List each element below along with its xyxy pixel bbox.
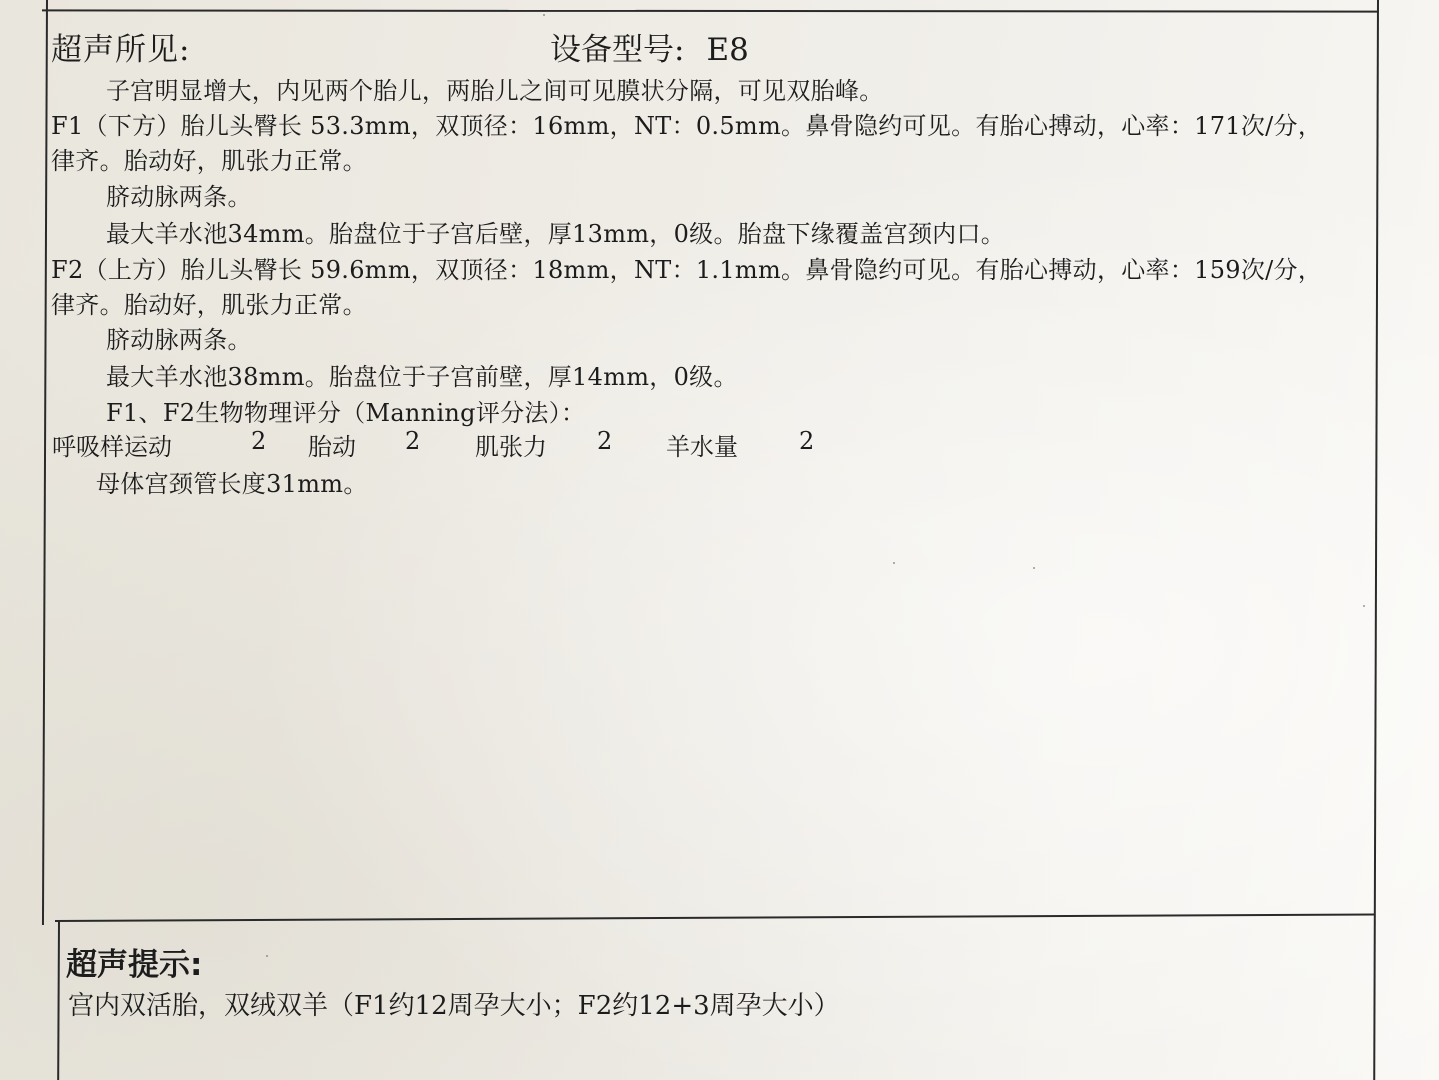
device-label: 设备型号:: [550, 32, 684, 68]
f1-umbilical: 脐动脉两条。: [106, 177, 252, 212]
paper-speck: [1033, 567, 1035, 569]
f1-amniotic-placenta: 最大羊水池34mm。胎盘位于子宫后壁，厚13mm，0级。胎盘下缘覆盖宫颈内口。: [106, 214, 1005, 249]
form-right-border: [1373, 0, 1379, 1080]
conclusion-text: 宫内双活胎，双绒双羊（F1约12周孕大小；F2约12+3周孕大小）: [68, 985, 840, 1022]
form-left-border-lower: [57, 921, 60, 1080]
device-value: E8: [706, 32, 748, 68]
form-left-border-upper: [42, 0, 48, 925]
bpp-tone-value: 2: [597, 427, 612, 455]
f2-activity: 律齐。胎动好，肌张力正常。: [51, 285, 367, 320]
cervix-length: 母体宫颈管长度31mm。: [96, 464, 368, 499]
bpp-movement-label: 胎动: [308, 427, 356, 462]
f2-amniotic-placenta: 最大羊水池38mm。胎盘位于子宫前壁，厚14mm，0级。: [106, 357, 738, 392]
paper-speck: [1363, 605, 1365, 607]
section-divider: [55, 914, 1375, 922]
bpp-fluid-label: 羊水量: [666, 427, 738, 462]
bpp-title: F1、F2生物物理评分（Manning评分法）：: [106, 393, 585, 428]
device-model: 设备型号:E8: [550, 24, 749, 69]
bpp-fluid-value: 2: [799, 427, 814, 455]
bpp-movement-value: 2: [405, 427, 420, 455]
findings-title: 超声所见:: [51, 24, 190, 69]
f1-activity: 律齐。胎动好，肌张力正常。: [51, 141, 367, 176]
bpp-tone-label: 肌张力: [475, 427, 547, 462]
conclusion-title: 超声提示:: [66, 939, 202, 984]
f1-biometry: F1（下方）胎儿头臀长 53.3mm，双顶径：16mm，NT：0.5mm。鼻骨隐…: [51, 106, 1322, 141]
f2-biometry: F2（上方）胎儿头臀长 59.6mm，双顶径：18mm，NT：1.1mm。鼻骨隐…: [51, 250, 1322, 285]
findings-intro: 子宫明显增大，内见两个胎儿，两胎儿之间可见膜状分隔，可见双胎峰。: [106, 71, 884, 106]
f2-umbilical: 脐动脉两条。: [106, 320, 252, 355]
paper-speck: [266, 955, 268, 957]
paper-speck: [543, 14, 545, 16]
bpp-breathing-value: 2: [251, 427, 266, 455]
paper-speck: [893, 562, 895, 564]
form-top-border: [42, 9, 1377, 12]
bpp-breathing-label: 呼吸样运动: [52, 427, 172, 462]
